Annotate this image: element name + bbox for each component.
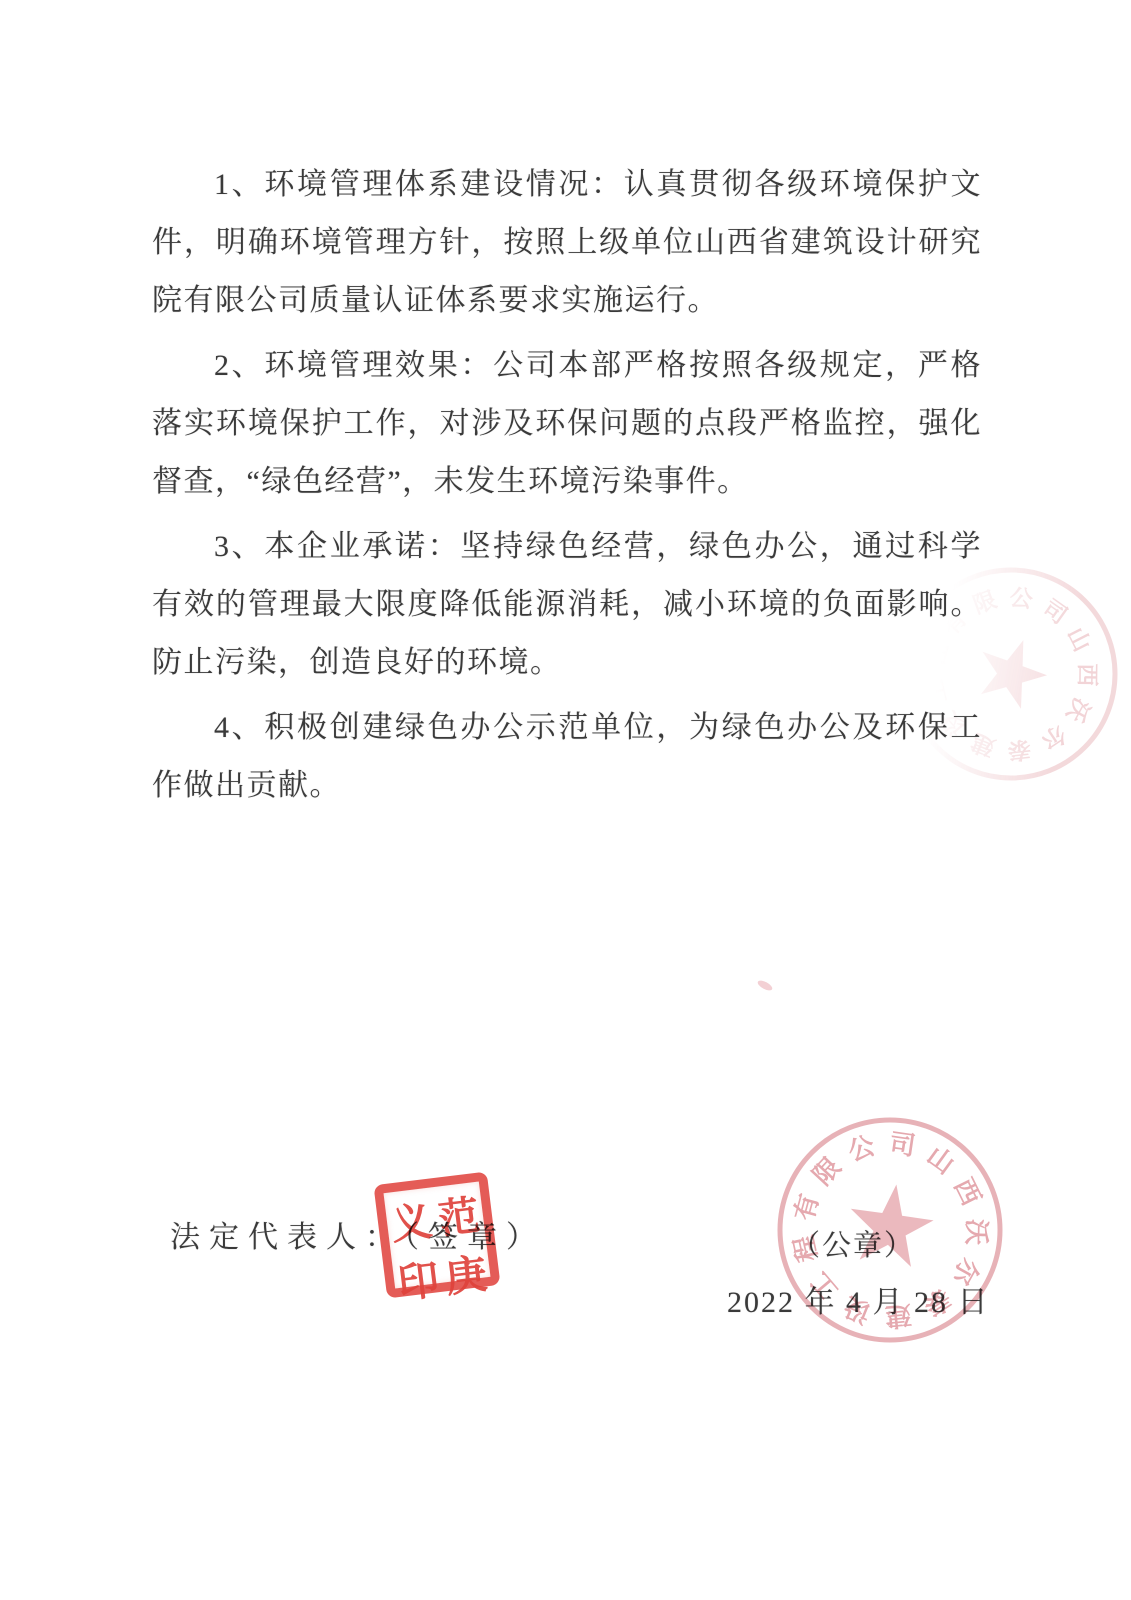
edge-seal-faint-stamp: 山西沃尔泰建设工程有限公司 (901, 564, 1121, 784)
seal-star-icon (969, 628, 1056, 713)
name-seal-char: 义 (384, 1187, 439, 1251)
name-seal-char: 范 (431, 1182, 486, 1246)
svg-text:沃: 沃 (1061, 694, 1094, 726)
body-line: 2、环境管理效果：公司本部严格按照各级规定，严格 (152, 337, 982, 395)
svg-text:山: 山 (1062, 624, 1095, 656)
svg-text:尔: 尔 (946, 1253, 985, 1290)
body-text: 1、环境管理体系建设情况：认真贯彻各级环境保护文 件，明确环境管理方针，按照上级… (152, 156, 982, 815)
body-line: 作做出贡献。 (152, 757, 982, 815)
body-line: 1、环境管理体系建设情况：认真贯彻各级环境保护文 (152, 156, 982, 214)
svg-text:建: 建 (968, 729, 999, 761)
body-line: 院有限公司质量认证体系要求实施运行。 (152, 272, 982, 330)
svg-text:程: 程 (921, 640, 952, 669)
document-page: 1、环境管理体系建设情况：认真贯彻各级环境保护文 件，明确环境管理方针，按照上级… (0, 0, 1131, 1600)
svg-text:有: 有 (937, 605, 972, 640)
svg-text:公: 公 (1008, 585, 1034, 613)
svg-text:设: 设 (840, 1291, 875, 1328)
body-line: 3、本企业承诺：坚持绿色经营，绿色办公，通过科学 (152, 518, 982, 576)
svg-text:建: 建 (884, 1300, 913, 1331)
svg-text:泰: 泰 (1006, 736, 1032, 764)
svg-text:尔: 尔 (1037, 720, 1071, 754)
svg-text:公: 公 (844, 1131, 878, 1167)
legal-rep-label: 法定代表人： (170, 1221, 404, 1254)
company-round-seal-stamp: 山西沃尔泰建设工程有限公司 (765, 1105, 1015, 1355)
svg-text:山: 山 (921, 1141, 959, 1180)
name-seal-char: 印 (391, 1246, 446, 1310)
svg-text:工: 工 (805, 1266, 844, 1305)
svg-text:西: 西 (1074, 663, 1099, 686)
body-line: 落实环境保护工作，对涉及环保问题的点段严格监控，强化 (152, 395, 982, 453)
svg-text:工: 工 (922, 677, 952, 705)
body-line: 防止污染，创造良好的环境。 (152, 634, 982, 692)
ink-smudge (756, 979, 773, 993)
svg-text:有: 有 (790, 1191, 825, 1224)
body-line: 督查，“绿色经营”，未发生环境污染事件。 (152, 453, 982, 511)
svg-text:泰: 泰 (918, 1283, 956, 1322)
svg-text:限: 限 (808, 1152, 847, 1191)
svg-text:限: 限 (970, 587, 1000, 618)
body-line: 有效的管理最大限度降低能源消耗，减小环境的负面影响。 (152, 576, 982, 634)
svg-text:司: 司 (887, 1129, 917, 1161)
svg-text:设: 设 (937, 707, 971, 741)
body-line: 4、积极创建绿色办公示范单位，为绿色办公及环保工 (152, 699, 982, 757)
svg-text:西: 西 (948, 1174, 986, 1210)
body-line: 件，明确环境管理方针，按照上级单位山西省建筑设计研究 (152, 214, 982, 272)
name-seal-char: 庚 (438, 1240, 493, 1304)
svg-text:司: 司 (1038, 595, 1071, 629)
svg-text:沃: 沃 (961, 1219, 991, 1246)
svg-text:程: 程 (788, 1233, 823, 1265)
seal-star-icon (844, 1179, 938, 1269)
name-seal-stamp: 义 范 印 庚 (373, 1171, 500, 1298)
